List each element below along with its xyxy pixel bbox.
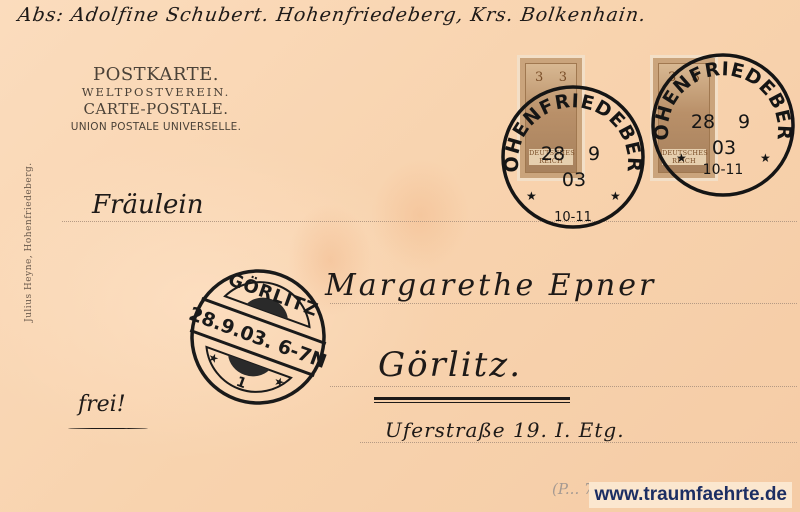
svg-text:★: ★ [610,189,621,203]
svg-text:28: 28 [541,143,565,165]
heading-weltpostverein: WELTPOSTVEREIN. [68,85,244,100]
svg-text:HOHENFRIEDEBERG: HOHENFRIEDEBERG [498,82,645,173]
address-line-1 [62,221,797,222]
postmark-hohenfriedeberg-1: HOHENFRIEDEBERG 28 9 03 10-11 ★ ★ [498,82,648,232]
postmark-goerlitz: GÖRLITZ 28.9.03. 6-7N 1 ★ ★ [178,262,338,412]
website-watermark: www.traumfaehrte.de [589,482,792,508]
recipient-city: Görlitz. [378,345,522,385]
recipient-salutation: Fräulein [92,190,203,220]
svg-text:★: ★ [526,189,537,203]
publisher-imprint: Julius Heyne, Hohenfriedeberg. [24,162,34,322]
city-underline [374,397,570,400]
svg-text:10-11: 10-11 [703,162,744,178]
svg-text:10-11: 10-11 [554,210,592,225]
address-line-4 [360,442,797,443]
postmark-hohenfriedeberg-2: HOHENFRIEDEBERG 28 9 03 10-11 ★ ★ [648,50,798,200]
svg-text:28: 28 [691,111,715,133]
svg-text:★: ★ [676,151,687,165]
recipient-street: Uferstraße 19. I. Etg. [385,418,625,442]
svg-text:HOHENFRIEDEBERG: HOHENFRIEDEBERG [648,50,795,141]
city-underline-thin [374,402,570,403]
recipient-name: Margarethe Epner [325,268,656,303]
svg-text:9: 9 [588,143,600,165]
address-line-2 [330,303,797,304]
postcard: Abs: Adolfine Schubert. Hohenfriedeberg,… [0,0,800,512]
address-line-3 [330,386,797,387]
heading-postkarte: POSTKARTE. [68,64,244,85]
svg-text:03: 03 [712,137,736,159]
svg-text:03: 03 [562,169,586,191]
svg-text:1: 1 [234,374,249,392]
sender-line: Abs: Adolfine Schubert. Hohenfriedeberg,… [16,4,647,26]
franking-flourish [68,428,148,429]
franking-note: frei! [78,392,126,417]
svg-text:★: ★ [760,151,771,165]
postcard-heading: POSTKARTE. WELTPOSTVEREIN. CARTE-POSTALE… [68,64,244,135]
svg-text:9: 9 [738,111,750,133]
heading-carte-postale: CARTE-POSTALE. [68,100,244,119]
heading-union-postale: UNION POSTALE UNIVERSELLE. [68,119,244,135]
